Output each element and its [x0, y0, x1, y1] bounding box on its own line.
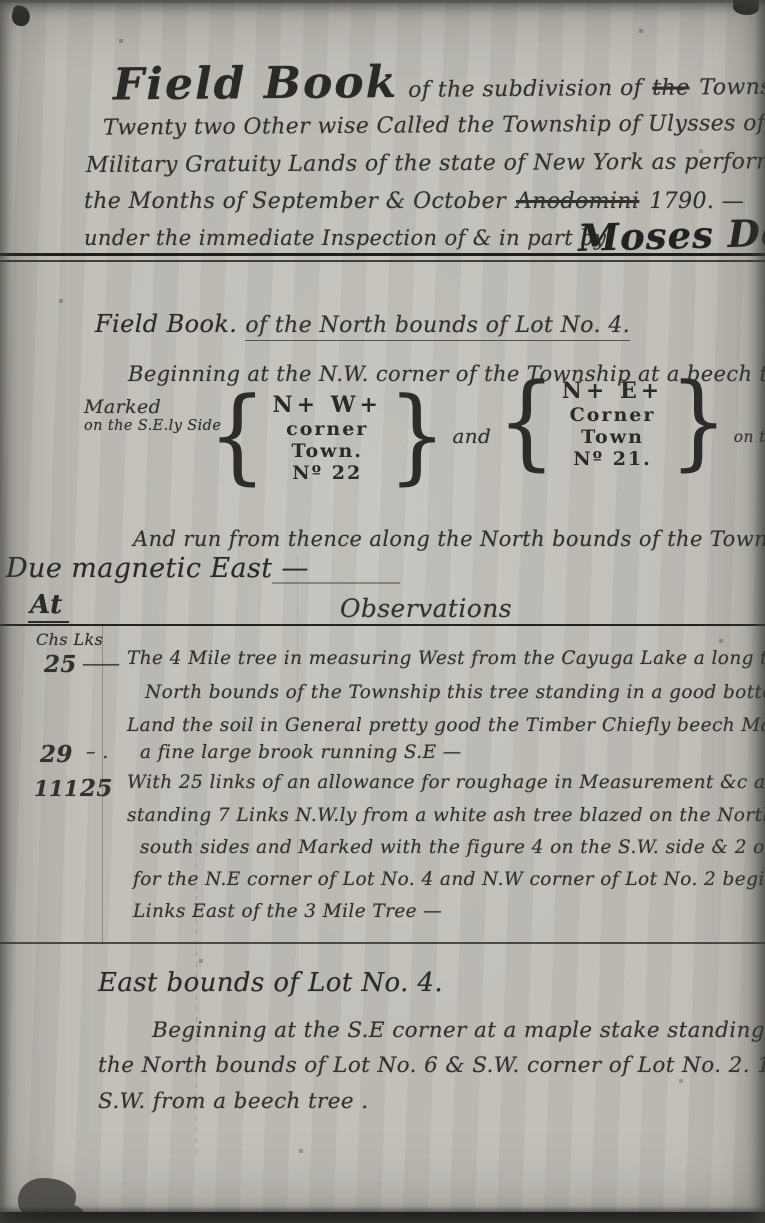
- title-line-4: the Months of September & October Anodom…: [84, 189, 744, 214]
- title-line1-end: Township Number: [699, 74, 765, 101]
- top-edge-line: [0, 0, 765, 3]
- tree1-line1: N+ W+: [273, 392, 382, 418]
- course-line: Due magnetic East —: [6, 553, 309, 584]
- tree1-line2: corner: [273, 418, 382, 440]
- marked-trees-block: Marked on the S.E.ly Side { N+ W+ corner…: [84, 388, 765, 484]
- row1-text-line1: The 4 Mile tree in measuring West from t…: [127, 648, 765, 669]
- marked-and: and: [452, 388, 491, 448]
- row1-chains: 25: [44, 651, 77, 678]
- row3-links: 25: [80, 775, 113, 802]
- tree2-line4: Nº 21.: [562, 448, 663, 470]
- row3-text-line3: south sides and Marked with the figure 4…: [140, 837, 765, 858]
- heading-lead: Field Book.: [95, 310, 237, 338]
- tree2-line1: N+ E+: [562, 378, 663, 404]
- double-rule-bottom: [0, 260, 765, 262]
- section-divider-rule: [0, 942, 765, 944]
- title-line-2: Twenty two Other wise Called the Townshi…: [103, 110, 765, 140]
- east-bounds-heading: East bounds of Lot No. 4.: [98, 968, 443, 998]
- row2-text-line1: a fine large brook running S.E —: [140, 742, 462, 763]
- marked-right-side: on the S.W.ly Side .: [734, 388, 765, 446]
- title-line1-struck-word: the: [652, 75, 689, 100]
- row1-text-line2: North bounds of the Township this tree s…: [145, 682, 765, 703]
- row3-text-line5: Links East of the 3 Mile Tree —: [133, 901, 442, 922]
- tree2-line3: Town: [562, 426, 663, 448]
- row3-text-line1: With 25 links of an allowance for rougha…: [127, 772, 765, 793]
- title-line4-end: 1790. —: [649, 189, 744, 214]
- title-line4-start: the Months of September & October: [84, 189, 506, 214]
- tree1-line3: Town.: [273, 440, 382, 462]
- row2-links: – .: [86, 741, 109, 763]
- tree1-line4: Nº 22: [273, 462, 382, 484]
- row1-text-line3: Land the soil in General pretty good the…: [127, 715, 765, 736]
- marked-label: Marked on the S.E.ly Side: [84, 388, 202, 434]
- east-bounds-line1: Beginning at the S.E corner at a maple s…: [152, 1018, 765, 1043]
- double-rule-top: [0, 253, 765, 256]
- course-trailing-dash: [272, 582, 400, 584]
- right-brace-open-icon: {: [497, 368, 556, 476]
- row3-text-line2: standing 7 Links N.W.ly from a white ash…: [127, 805, 765, 826]
- top-left-edge-mark: [10, 4, 32, 27]
- left-brace-close-icon: }: [388, 382, 447, 490]
- field-book-page: Field Book of the subdivision of the Tow…: [0, 0, 765, 1223]
- at-column-header: At: [28, 590, 69, 623]
- bottom-edge-band: [0, 1212, 765, 1223]
- marked-word: Marked: [84, 396, 202, 418]
- units-header: Chs Lks: [36, 630, 103, 649]
- title-line-5: under the immediate Inspection of & in p…: [84, 226, 606, 250]
- north-bounds-heading: Field Book. of the North bounds of Lot N…: [95, 310, 630, 341]
- marked-left-side: on the S.E.ly Side: [84, 418, 202, 434]
- row3-chains: 111: [34, 776, 79, 801]
- row2-chains: 29: [40, 741, 73, 768]
- row1-links: ——: [82, 651, 118, 675]
- east-bounds-line3: S.W. from a beech tree .: [98, 1089, 368, 1114]
- right-brace-close-icon: }: [669, 368, 728, 476]
- title-line1-mid: of the subdivision of: [408, 76, 642, 103]
- heading-rest: of the North bounds of Lot No. 4.: [245, 313, 630, 341]
- left-brace-open-icon: {: [208, 382, 267, 490]
- tree1-inscription: N+ W+ corner Town. Nº 22: [273, 388, 382, 484]
- observations-header: Observations: [340, 594, 512, 623]
- tree2-line2: Corner: [562, 404, 663, 426]
- run-line: And run from thence along the North boun…: [133, 527, 765, 551]
- row3-text-line4: for the N.E corner of Lot No. 4 and N.W …: [133, 869, 765, 890]
- tree2-inscription: N+ E+ Corner Town Nº 21.: [562, 374, 663, 470]
- observations-header-rule: [0, 624, 765, 626]
- title-line-1: Field Book of the subdivision of the Tow…: [113, 53, 765, 111]
- title-line-3: Military Gratuity Lands of the state of …: [86, 149, 765, 178]
- east-bounds-line2: the North bounds of Lot No. 6 & S.W. cor…: [98, 1053, 765, 1078]
- title-field-book: Field Book: [113, 57, 399, 110]
- title-line4-struck-word: Anodomini: [516, 189, 639, 214]
